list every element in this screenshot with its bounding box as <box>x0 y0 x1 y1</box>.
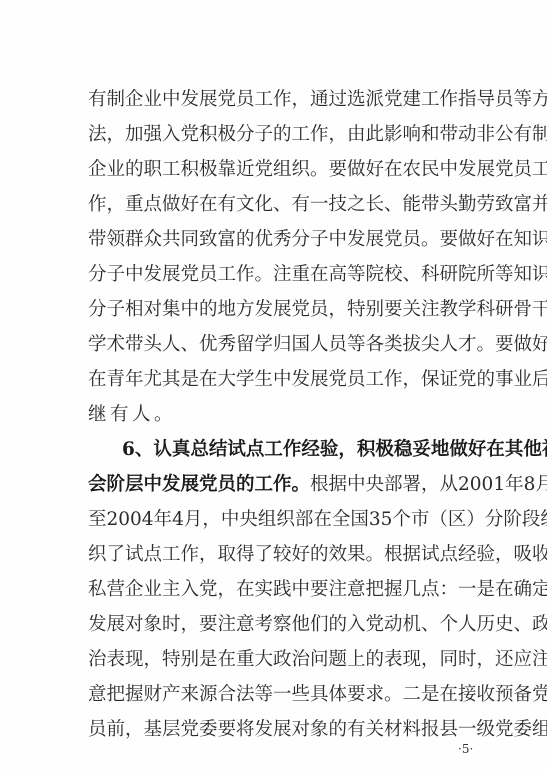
text-line: 私营企业主入党，在实践中要注意把握几点：一是在确定 <box>88 578 494 602</box>
section-heading: 6、认真总结试点工作经验，积极稳妥地做好在其他社 <box>122 438 494 462</box>
text-line: 带领群众共同致富的优秀分子中发展党员。要做好在知识 <box>88 228 494 252</box>
text-line: 员前，基层党委要将发展对象的有关材料报县一级党委组 <box>88 718 494 742</box>
section-heading-continued: 会阶层中发展党员的工作。 <box>88 474 310 495</box>
text-line: 企业的职工积极靠近党组织。要做好在农民中发展党员工 <box>88 158 494 182</box>
text-line: 意把握财产来源合法等一些具体要求。二是在接收预备党 <box>88 683 494 707</box>
text-line: 继有人。 <box>88 403 494 427</box>
text-line: 分子相对集中的地方发展党员，特别要关注教学科研骨干、 <box>88 298 494 322</box>
text-line: 在青年尤其是在大学生中发展党员工作，保证党的事业后 <box>88 368 494 392</box>
text-span: 根据中央部署，从2001年8月 <box>310 474 547 495</box>
text-line: 分子中发展党员工作。注重在高等院校、科研院所等知识 <box>88 263 494 287</box>
text-line: 会阶层中发展党员的工作。根据中央部署，从2001年8月 <box>88 473 494 497</box>
page-number: ·5· <box>458 742 473 756</box>
text-line: 治表现，特别是在重大政治问题上的表现，同时，还应注 <box>88 648 494 672</box>
text-line: 发展对象时，要注意考察他们的入党动机、个人历史、政 <box>88 613 494 637</box>
text-line: 有制企业中发展党员工作，通过选派党建工作指导员等方 <box>88 88 494 112</box>
document-page: 有制企业中发展党员工作，通过选派党建工作指导员等方 法，加强入党积极分子的工作，… <box>0 0 547 770</box>
text-line: 至2004年4月，中央组织部在全国35个市（区）分阶段组 <box>88 508 494 532</box>
text-line: 织了试点工作，取得了较好的效果。根据试点经验，吸收 <box>88 543 494 567</box>
text-line: 作，重点做好在有文化、有一技之长、能带头勤劳致富并 <box>88 193 494 217</box>
text-line: 法，加强入党积极分子的工作，由此影响和带动非公有制 <box>88 123 494 147</box>
text-line: 学术带头人、优秀留学归国人员等各类拔尖人才。要做好 <box>88 333 494 357</box>
